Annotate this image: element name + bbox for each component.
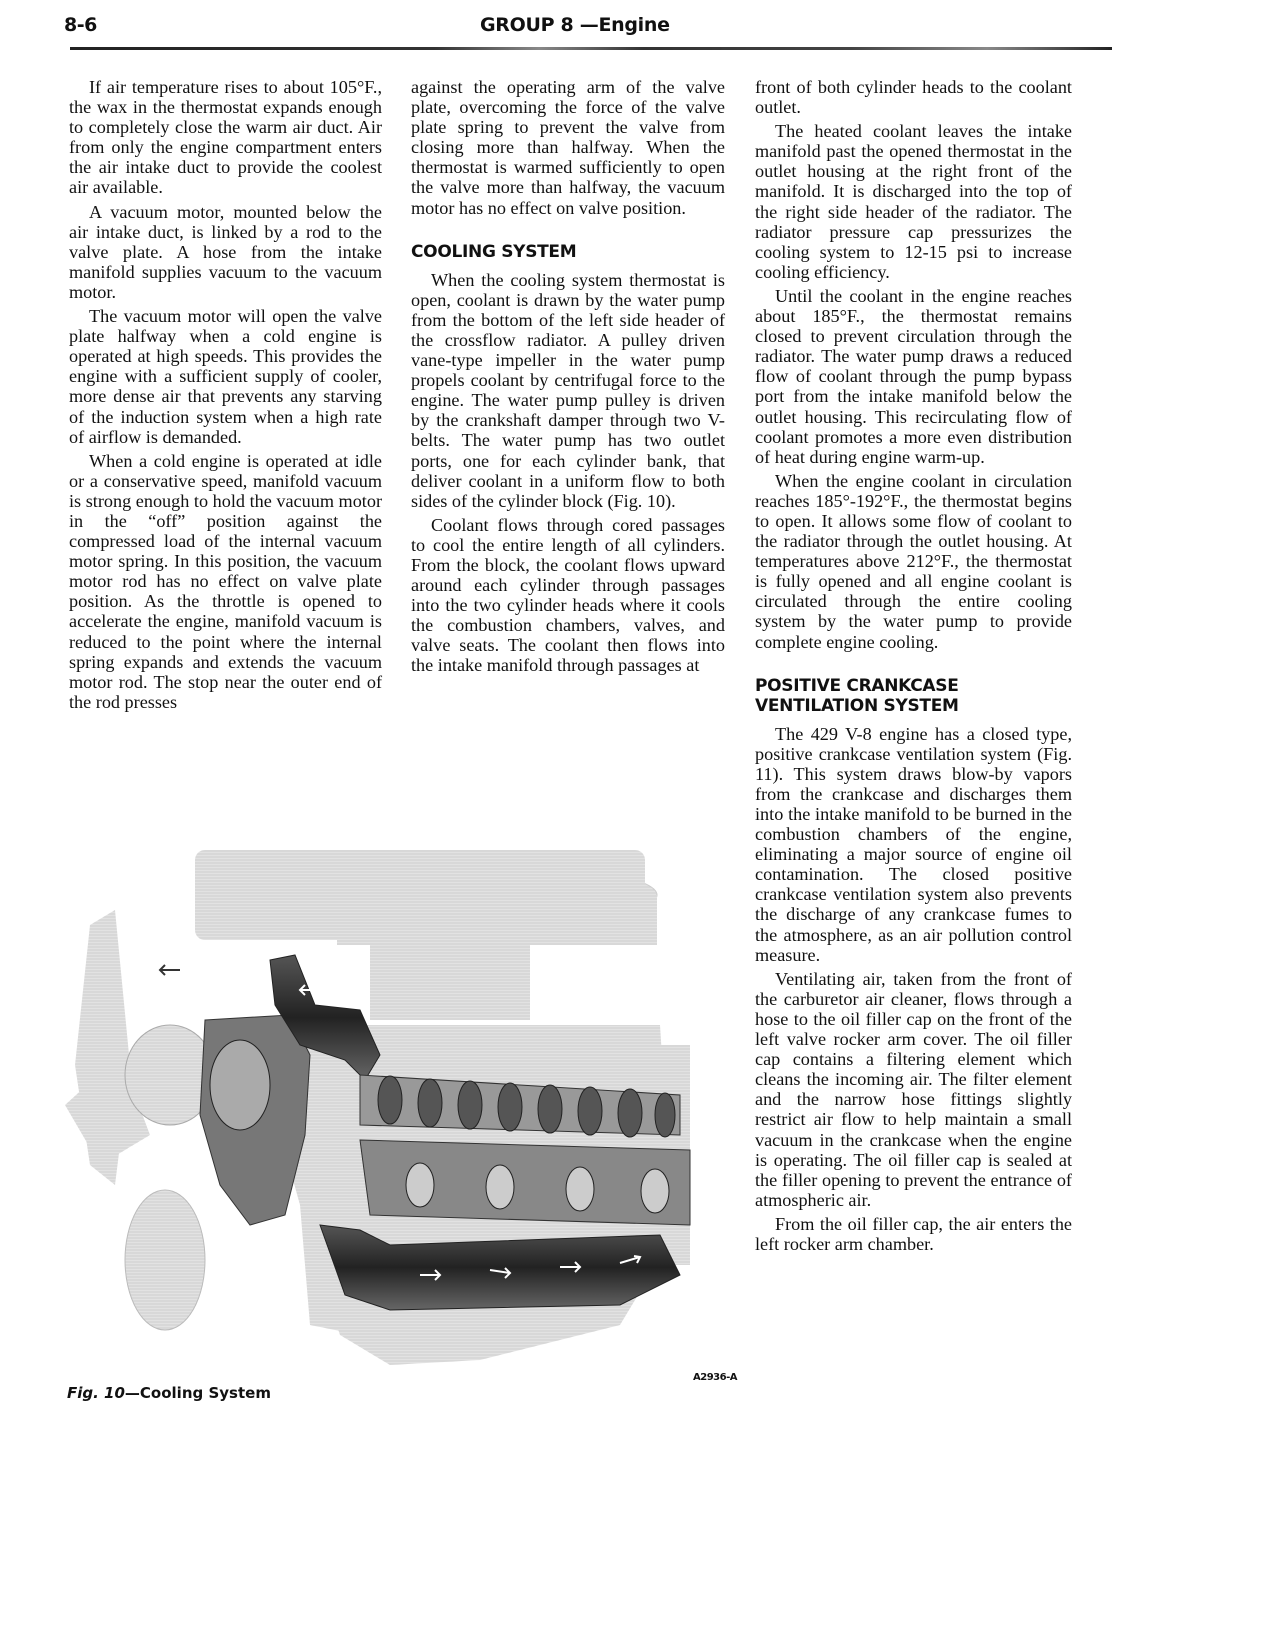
header-rule — [70, 47, 1112, 50]
paragraph: When the cooling system thermostat is op… — [411, 270, 725, 511]
page-number: 8-6 — [64, 14, 97, 36]
column-2: against the operating arm of the valve p… — [411, 77, 725, 680]
paragraph: Ventilating air, taken from the front of… — [755, 969, 1072, 1210]
paragraph: If air temperature rises to about 105°F.… — [69, 77, 382, 198]
column-3: front of both cylinder heads to the cool… — [755, 77, 1072, 1258]
figure-caption: Fig. 10—Cooling System — [67, 1384, 271, 1402]
paragraph-continuation: front of both cylinder heads to the cool… — [755, 77, 1072, 117]
section-heading-line: VENTILATION SYSTEM — [755, 696, 1072, 716]
figure-number: Fig. 10 — [67, 1384, 125, 1402]
page-header-title: GROUP 8 —Engine — [480, 14, 670, 36]
paragraph: The heated coolant leaves the intake man… — [755, 121, 1072, 282]
paragraph: When the engine coolant in circulation r… — [755, 471, 1072, 652]
engine-cutaway-illustration — [60, 805, 740, 1380]
paragraph: Until the coolant in the engine reaches … — [755, 286, 1072, 467]
figure-caption-text: —Cooling System — [125, 1384, 271, 1402]
paragraph: The vacuum motor will open the valve pla… — [69, 306, 382, 447]
paragraph-continuation: against the operating arm of the valve p… — [411, 77, 725, 218]
section-heading-cooling-system: COOLING SYSTEM — [411, 242, 725, 262]
paragraph: From the oil filler cap, the air enters … — [755, 1214, 1072, 1254]
section-heading-line: POSITIVE CRANKCASE — [755, 676, 1072, 696]
paragraph: Coolant flows through cored passages to … — [411, 515, 725, 676]
engine-cooling-figure — [60, 805, 740, 1380]
section-heading-pcv: POSITIVE CRANKCASE VENTILATION SYSTEM — [755, 676, 1072, 716]
paragraph: When a cold engine is operated at idle o… — [69, 451, 382, 712]
paragraph: The 429 V-8 engine has a closed type, po… — [755, 724, 1072, 965]
column-1: If air temperature rises to about 105°F.… — [69, 77, 382, 716]
paragraph: A vacuum motor, mounted below the air in… — [69, 202, 382, 302]
figure-code: A2936-A — [693, 1372, 737, 1383]
